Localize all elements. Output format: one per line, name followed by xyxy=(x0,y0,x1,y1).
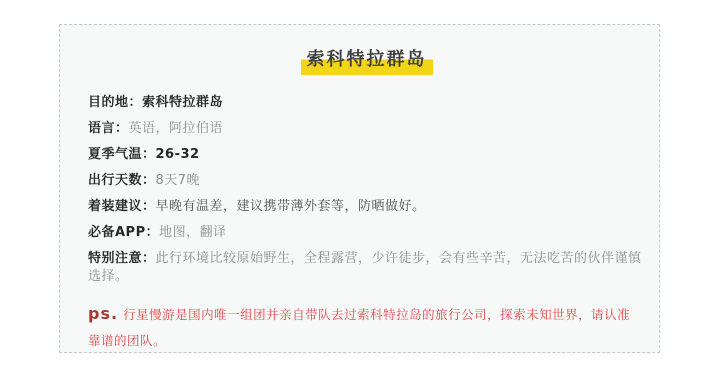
page-title: 索科特拉群岛 xyxy=(301,45,433,75)
info-label: 夏季气温： xyxy=(88,147,156,162)
info-row-trip-days: 出行天数：8天7晚 xyxy=(88,172,645,190)
postscript-note: ps.行星慢游是国内唯一组团并亲自带队去过索科特拉岛的旅行公司，探索未知世界，请… xyxy=(88,301,645,353)
info-label: 必备APP： xyxy=(88,225,159,240)
info-label: 目的地： xyxy=(88,95,142,110)
info-value: 8天7晚 xyxy=(156,173,201,188)
info-label: 语言： xyxy=(88,121,129,136)
info-value: 英语，阿拉伯语 xyxy=(129,121,224,136)
postscript-label: ps. xyxy=(88,304,118,323)
info-value: 索科特拉群岛 xyxy=(142,95,223,110)
info-label: 特别注意： xyxy=(88,251,156,266)
info-row-summer-temp: 夏季气温：26-32 xyxy=(88,146,645,164)
info-label: 着装建议： xyxy=(88,199,156,214)
info-value: 早晚有温差，建议携带薄外套等，防晒做好。 xyxy=(156,199,426,214)
info-value: 地图，翻译 xyxy=(159,225,227,240)
info-value: 此行环境比较原始野生，全程露营，少许徒步，会有些辛苦，无法吃苦的伙伴谨慎选择。 xyxy=(88,251,642,284)
info-row-language: 语言：英语，阿拉伯语 xyxy=(88,120,645,138)
title-wrap: 索科特拉群岛 xyxy=(88,45,645,75)
page: 索科特拉群岛 目的地：索科特拉群岛 语言：英语，阿拉伯语 夏季气温：26-32 … xyxy=(0,0,702,373)
info-row-special-notice: 特别注意：此行环境比较原始野生，全程露营，少许徒步，会有些辛苦，无法吃苦的伙伴谨… xyxy=(88,250,645,286)
info-row-clothing-advice: 着装建议：早晚有温差，建议携带薄外套等，防晒做好。 xyxy=(88,198,645,216)
postscript-text: 行星慢游是国内唯一组团并亲自带队去过索科特拉岛的旅行公司，探索未知世界，请认准靠… xyxy=(88,307,630,348)
travel-info-card: 索科特拉群岛 目的地：索科特拉群岛 语言：英语，阿拉伯语 夏季气温：26-32 … xyxy=(59,24,660,353)
info-row-destination: 目的地：索科特拉群岛 xyxy=(88,94,645,112)
info-row-required-apps: 必备APP：地图，翻译 xyxy=(88,224,645,242)
info-rows: 目的地：索科特拉群岛 语言：英语，阿拉伯语 夏季气温：26-32 出行天数：8天… xyxy=(88,94,645,286)
info-value: 26-32 xyxy=(156,147,200,162)
info-label: 出行天数： xyxy=(88,173,156,188)
